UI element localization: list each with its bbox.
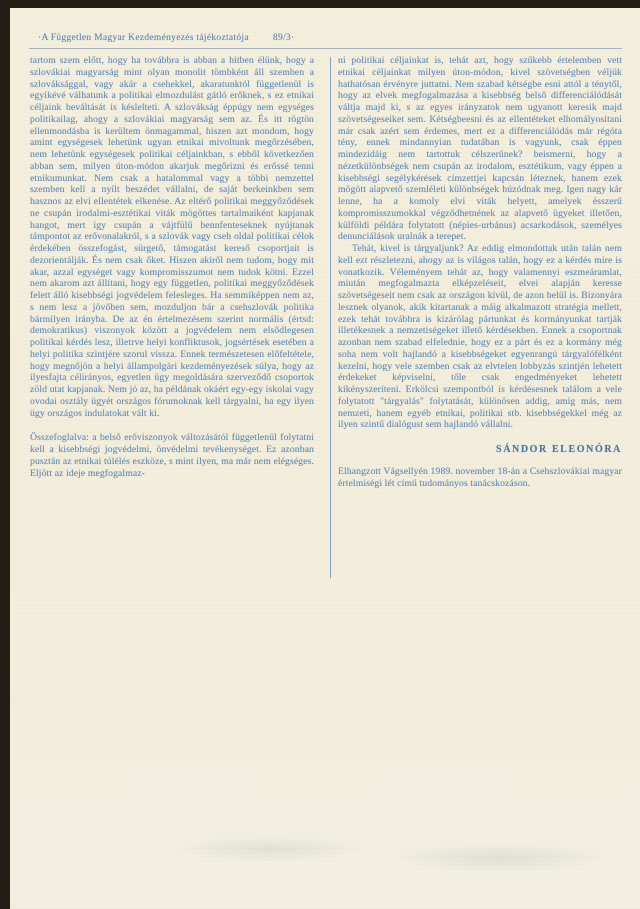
left-column: tartom szem előtt, hogy ha továbbra is a… (30, 55, 314, 490)
newsletter-title: ·A Független Magyar Kezdeményezés tájéko… (38, 33, 249, 43)
body-paragraph: Tehát, kivel is tárgyaljunk? Az eddig el… (338, 243, 622, 431)
paper-smudge (175, 836, 365, 862)
header-rule (29, 48, 622, 49)
footnote: Elhangzott Vágsellyén 1989. november 18-… (338, 466, 622, 490)
scanned-page: ·A Független Magyar Kezdeményezés tájéko… (0, 0, 640, 909)
page-header: ·A Független Magyar Kezdeményezés tájéko… (38, 33, 618, 43)
body-paragraph: Összefoglalva: a belső erőviszonyok vált… (30, 432, 314, 479)
body-paragraph: ni politikai céljainkat is, tehát azt, h… (338, 55, 622, 243)
body-paragraph: tartom szem előtt, hogy ha továbbra is a… (30, 55, 314, 419)
scan-edge-top (0, 0, 640, 8)
text-columns: tartom szem előtt, hogy ha továbbra is a… (30, 55, 622, 490)
scan-edge-left (0, 0, 10, 909)
author-name: SÁNDOR ELEONÓRA (338, 444, 622, 455)
paper-smudge (395, 843, 605, 873)
issue-number: 89/3· (273, 33, 295, 43)
right-column: ni politikai céljainkat is, tehát azt, h… (338, 55, 622, 490)
